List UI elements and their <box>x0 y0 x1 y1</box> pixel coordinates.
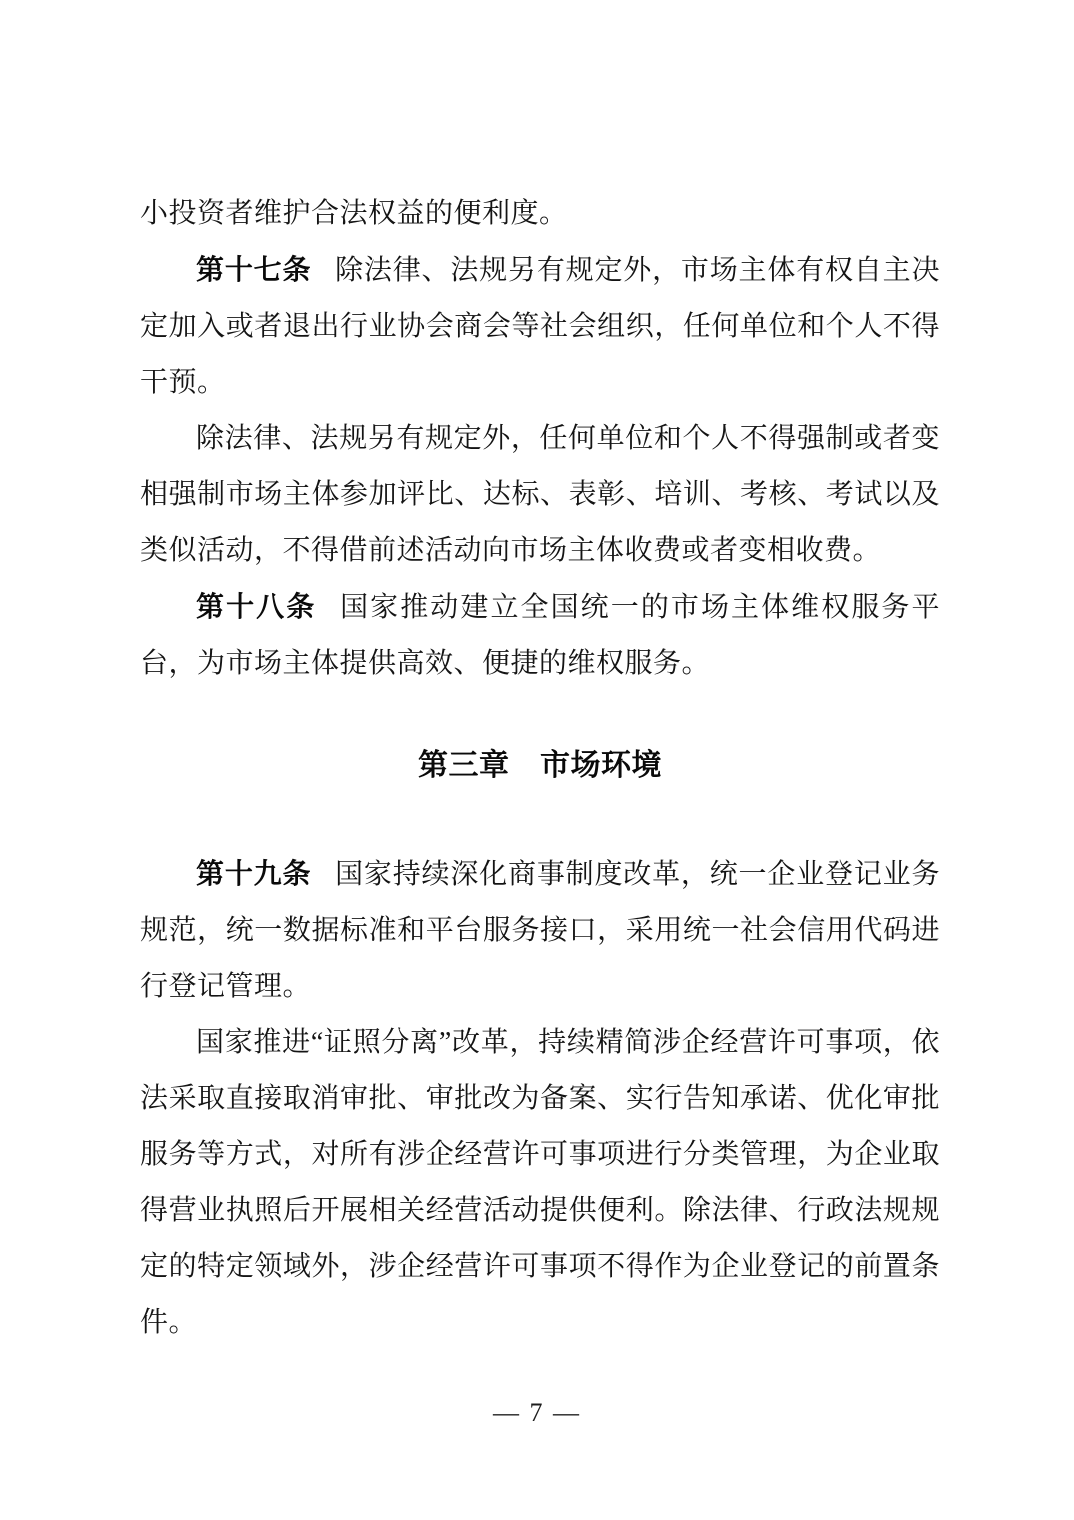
article-17-label: 第十七条 <box>196 254 311 285</box>
paragraph-article-18: 第十八条国家推动建立全国统一的市场主体维权服务平台，为市场主体提供高效、便捷的维… <box>140 579 940 692</box>
paragraph-text: 小投资者维护合法权益的便利度。 <box>140 198 568 229</box>
document-body: 小投资者维护合法权益的便利度。 第十七条除法律、法规另有规定外，市场主体有权自主… <box>140 186 940 1351</box>
paragraph-article-19: 第十九条国家持续深化商事制度改革，统一企业登记业务规范，统一数据标准和平台服务接… <box>140 846 940 1015</box>
paragraph-article-19-clause-2: 国家推进“证照分离”改革，持续精简涉企经营许可事项，依法采取直接取消审批、审批改… <box>140 1015 940 1351</box>
paragraph-article-17: 第十七条除法律、法规另有规定外，市场主体有权自主决定加入或者退出行业协会商会等社… <box>140 242 940 411</box>
paragraph-continuation: 小投资者维护合法权益的便利度。 <box>140 186 940 242</box>
chapter-heading: 第三章 市场环境 <box>140 738 940 794</box>
paragraph-article-17-clause-2: 除法律、法规另有规定外，任何单位和个人不得强制或者变相强制市场主体参加评比、达标… <box>140 411 940 579</box>
paragraph-text: 国家推进“证照分离”改革，持续精简涉企经营许可事项，依法采取直接取消审批、审批改… <box>140 1027 940 1338</box>
article-18-label: 第十八条 <box>196 591 316 622</box>
document-page: 小投资者维护合法权益的便利度。 第十七条除法律、法规另有规定外，市场主体有权自主… <box>0 0 1074 1520</box>
article-19-label: 第十九条 <box>196 858 311 889</box>
paragraph-text: 除法律、法规另有规定外，任何单位和个人不得强制或者变相强制市场主体参加评比、达标… <box>140 423 940 566</box>
page-number: — 7 — <box>0 1398 1074 1428</box>
